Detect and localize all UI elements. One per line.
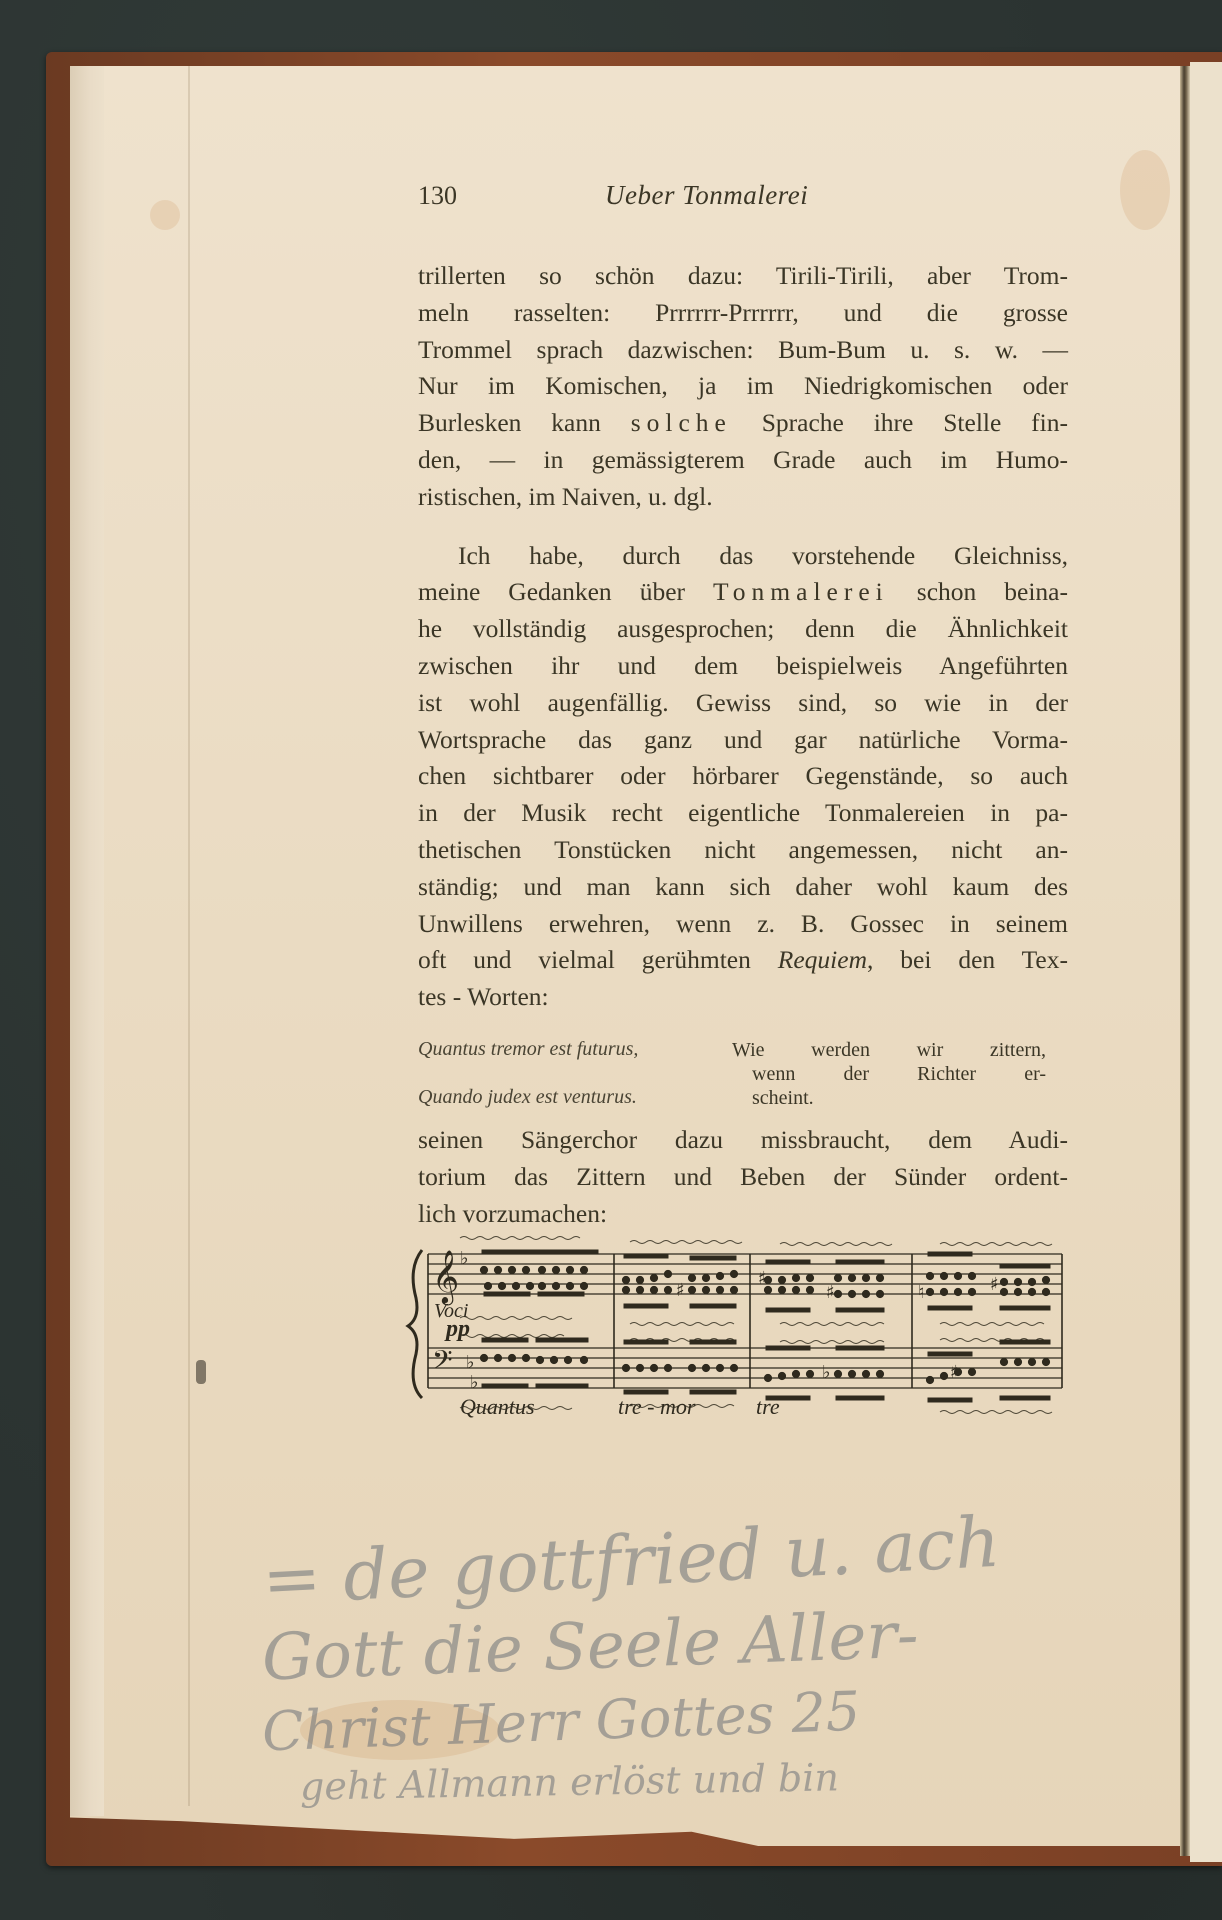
lyric-syllable: tre bbox=[756, 1394, 780, 1420]
text-line: Nur im Komischen, ja im Niedrigkomischen… bbox=[418, 368, 1068, 405]
book-spine-gutter bbox=[1180, 66, 1190, 1856]
page-number: 130 bbox=[418, 181, 488, 211]
text-run: Burlesken kann bbox=[418, 408, 631, 437]
quote-german: Wie werden wir zittern, wenn der Richter… bbox=[732, 1038, 1046, 1110]
emphasis-italic: Requiem bbox=[778, 945, 867, 974]
text-line: den, — in gemässigterem Grade auch im Hu… bbox=[418, 442, 1068, 479]
page-fold-line bbox=[188, 66, 190, 1806]
svg-text:𝄢: 𝄢 bbox=[432, 1344, 453, 1382]
text-line: ristischen, im Naiven, u. dgl. bbox=[418, 479, 1068, 516]
svg-text:♭: ♭ bbox=[466, 1352, 475, 1373]
text-line: oft und vielmal gerühmten Requiem, bei d… bbox=[418, 942, 1068, 979]
text-line: Wortsprache das ganz und gar natürliche … bbox=[418, 722, 1068, 759]
facing-page-edge bbox=[1190, 62, 1222, 1862]
text-run: oft und vielmal gerühmten bbox=[418, 945, 778, 974]
svg-text:𝄞: 𝄞 bbox=[432, 1249, 459, 1305]
text-line: zwischen ihr und dem beispielweis Angefü… bbox=[418, 648, 1068, 685]
text-line: lich vorzumachen: bbox=[418, 1196, 1068, 1233]
quote-latin-line: Quantus tremor est futurus, bbox=[418, 1038, 732, 1062]
quote-german-line: wenn der Richter er- bbox=[732, 1062, 1046, 1086]
text-line: Unwillens erwehren, wenn z. B. Gossec in… bbox=[418, 906, 1068, 943]
ink-blot bbox=[196, 1360, 206, 1384]
svg-text:♮: ♮ bbox=[918, 1282, 924, 1303]
dynamic-marking: pp bbox=[446, 1316, 470, 1343]
svg-text:♭: ♭ bbox=[822, 1362, 831, 1383]
text-line: meln rasselten: Prrrrrr-Prrrrrr, und die… bbox=[418, 295, 1068, 332]
text-run: Sprache ihre Stelle fin- bbox=[732, 408, 1068, 437]
score-staves-graphic: 𝄞 ♭ 𝄢 ♭ ♭ bbox=[400, 1228, 1070, 1418]
text-line: tes - Worten: bbox=[418, 979, 1068, 1016]
text-line: thetischen Tonstücken nicht angemessen, … bbox=[418, 832, 1068, 869]
foxing-spot bbox=[150, 200, 180, 230]
svg-text:♭: ♭ bbox=[460, 1248, 469, 1269]
emphasis-spaced: solche bbox=[631, 408, 732, 437]
quoted-text-block: Quantus tremor est futurus, Quando judex… bbox=[418, 1038, 1068, 1110]
text-line: trillerten so schön dazu: Tirili-Tirili,… bbox=[418, 258, 1068, 295]
lyric-syllable: Quantus bbox=[460, 1394, 535, 1420]
paragraph-2: Ich habe, durch das vorstehende Gleichni… bbox=[418, 538, 1068, 1016]
text-line: Ich habe, durch das vorstehende Gleichni… bbox=[418, 538, 1068, 575]
music-score-excerpt: 𝄞 ♭ 𝄢 ♭ ♭ bbox=[400, 1228, 1070, 1418]
quote-german-line: Wie werden wir zittern, bbox=[732, 1038, 1046, 1062]
page-inner-edge bbox=[70, 66, 104, 1816]
text-line: meine Gedanken über Tonmalerei schon bei… bbox=[418, 574, 1068, 611]
foxing-spot bbox=[1120, 150, 1170, 230]
page-content: 130 Ueber Tonmalerei trillerten so schön… bbox=[418, 180, 1068, 1232]
svg-text:♭: ♭ bbox=[470, 1372, 479, 1393]
pencil-annotation: geht Allmann erlöst und bin bbox=[300, 1755, 840, 1808]
text-line: Burlesken kann solche Sprache ihre Stell… bbox=[418, 405, 1068, 442]
text-line: ist wohl augenfällig. Gewiss sind, so wi… bbox=[418, 685, 1068, 722]
svg-text:♯: ♯ bbox=[758, 1268, 767, 1289]
quote-spacer bbox=[418, 1062, 732, 1086]
text-line: Trommel sprach dazwischen: Bum-Bum u. s.… bbox=[418, 332, 1068, 369]
quote-latin-line: Quando judex est venturus. bbox=[418, 1086, 732, 1110]
text-run: schon beina- bbox=[889, 577, 1068, 606]
text-line: he vollständig ausgesprochen; denn die Ä… bbox=[418, 611, 1068, 648]
running-title: Ueber Tonmalerei bbox=[605, 180, 808, 211]
quote-latin: Quantus tremor est futurus, Quando judex… bbox=[418, 1038, 732, 1110]
svg-text:♯: ♯ bbox=[990, 1274, 999, 1295]
text-run: , bei den Tex- bbox=[867, 945, 1068, 974]
text-line: chen sichtbarer oder hörbarer Gegenständ… bbox=[418, 758, 1068, 795]
emphasis-spaced: Tonmalerei bbox=[713, 577, 889, 606]
paragraph-1: trillerten so schön dazu: Tirili-Tirili,… bbox=[418, 258, 1068, 516]
svg-text:♯: ♯ bbox=[950, 1362, 959, 1383]
lyric-syllable: tre - mor bbox=[618, 1394, 695, 1420]
quote-german-line: scheint. bbox=[732, 1086, 1046, 1110]
svg-text:♯: ♯ bbox=[676, 1280, 685, 1301]
running-head: 130 Ueber Tonmalerei bbox=[418, 180, 1068, 220]
text-line: torium das Zittern und Beben der Sünder … bbox=[418, 1159, 1068, 1196]
text-run: meine Gedanken über bbox=[418, 577, 713, 606]
svg-text:♯: ♯ bbox=[826, 1282, 835, 1303]
text-line: seinen Sängerchor dazu missbraucht, dem … bbox=[418, 1122, 1068, 1159]
text-line: in der Musik recht eigentliche Tonmalere… bbox=[418, 795, 1068, 832]
text-line: ständig; und man kann sich daher wohl ka… bbox=[418, 869, 1068, 906]
paragraph-3: seinen Sängerchor dazu missbraucht, dem … bbox=[418, 1122, 1068, 1232]
